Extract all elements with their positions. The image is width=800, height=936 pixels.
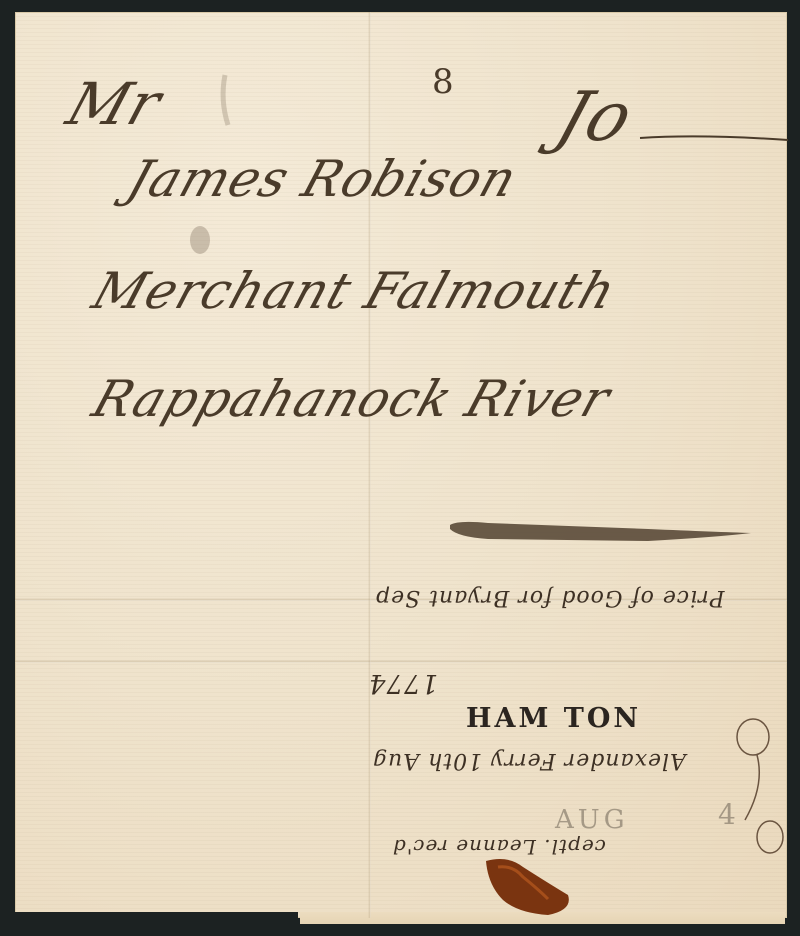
ink-smudge <box>185 225 215 265</box>
docket-line-1: Price of Good for Bryant Sep <box>375 585 725 610</box>
paper-torn-edge <box>15 912 298 924</box>
horizontal-fold-line <box>15 660 787 663</box>
docket-flourish <box>735 715 785 885</box>
ink-strike-bar <box>448 519 753 545</box>
bishop-mark-day: 4 <box>718 798 740 831</box>
docket-year: 1774 <box>368 668 438 698</box>
address-occupation-place: Merchant Falmouth <box>86 262 624 320</box>
address-name: James Robison <box>121 150 525 208</box>
address-river: Rappahanock River <box>86 370 618 428</box>
hampton-postmark: HAM TON <box>466 703 641 734</box>
bishop-mark-month: AUG <box>555 805 628 835</box>
charge-underline <box>640 130 790 150</box>
docket-line-3: Alexander Ferry 10th Aug <box>372 748 686 773</box>
rate-marking: 8 <box>432 62 455 102</box>
ink-smudge <box>210 70 240 130</box>
wax-seal-remnant <box>478 855 573 917</box>
vertical-fold-line <box>368 12 371 918</box>
photo-stage: Mr 8 Jo James Robison Merchant Falmouth … <box>0 0 800 936</box>
